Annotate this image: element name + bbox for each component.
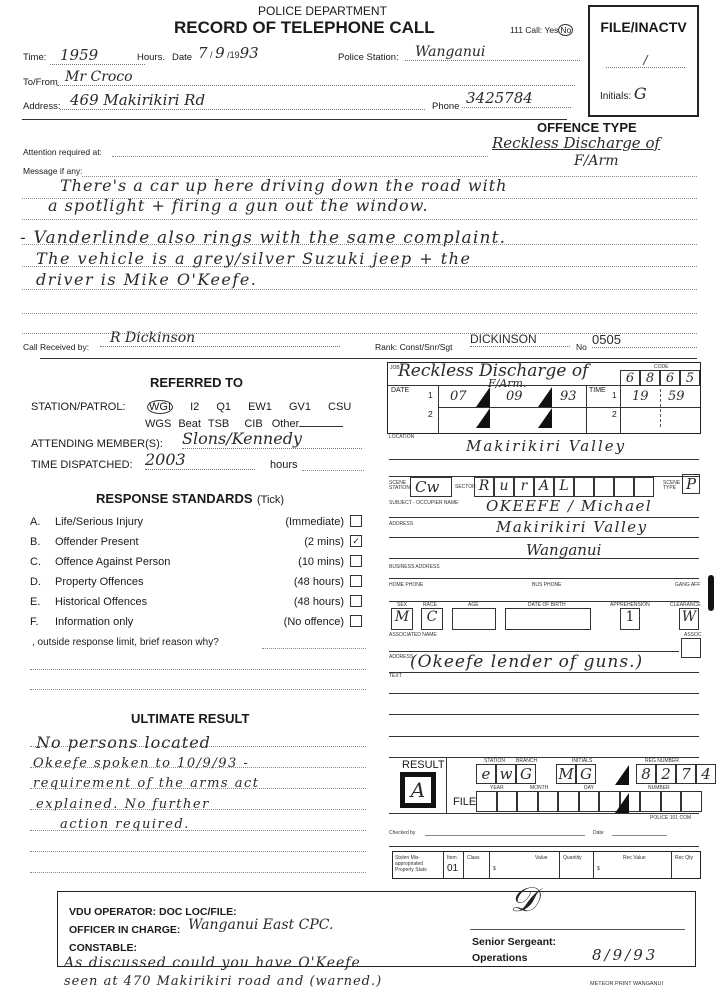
station-patrol-label: STATION/PATROL: <box>31 401 126 413</box>
divider <box>446 757 447 813</box>
checked-date-line <box>612 835 667 836</box>
sector-cell <box>614 477 634 497</box>
referred-to-heading: REFERRED TO <box>150 375 243 390</box>
property-label: Stolen Mis-appropriated Property Stats <box>395 855 439 873</box>
time-row-1-label: 1 <box>612 390 617 400</box>
signature-line <box>470 929 685 930</box>
response-label: Offence Against Person <box>55 556 170 568</box>
message-line-1: There's a car up here driving down the r… <box>60 176 507 195</box>
rank-name: DICKINSON <box>470 332 570 347</box>
result-code-box: A <box>400 772 436 808</box>
file-cell <box>681 791 702 812</box>
file-number: / <box>606 53 685 68</box>
divider <box>389 693 699 694</box>
response-item: B.Offender Present(2 mins)✓ <box>30 534 362 554</box>
initials-field: Initials: G <box>600 84 697 103</box>
date1-month: 09 <box>506 389 523 404</box>
result-code-cell: 8 <box>636 764 656 784</box>
divider <box>389 459 699 460</box>
associated-name-label: ASSOCIATED NAME <box>389 632 437 638</box>
result-code-cell: 7 <box>676 764 696 784</box>
outside-limit-text: , outside response limit, brief reason w… <box>32 637 219 648</box>
result-code-cell: e <box>476 764 496 784</box>
initials-label: Initials: <box>600 91 631 102</box>
dispatched-hours-label: hours <box>270 459 298 471</box>
date1-day: 07 <box>450 389 467 404</box>
sector-cell <box>594 477 614 497</box>
time-dispatched-label: TIME DISPATCHED: <box>31 459 133 471</box>
response-letter: E. <box>30 596 40 608</box>
message-line-3: - Vanderlinde also rings with the same c… <box>20 228 506 248</box>
message-line <box>22 289 697 290</box>
officer-in-charge-value: Wanganui East CPC. <box>188 917 333 933</box>
operations-label: Operations <box>472 952 527 964</box>
checked-by-line <box>425 835 585 836</box>
divider <box>389 578 699 579</box>
divider <box>559 852 560 878</box>
patrol-option-i2[interactable]: I2 <box>190 401 199 413</box>
file-cell <box>476 791 497 812</box>
divider <box>389 672 699 673</box>
patrol-option-ew1[interactable]: EW1 <box>248 401 272 413</box>
response-label: Information only <box>55 616 133 628</box>
address-value: 469 Makirikiri Rd <box>60 91 425 110</box>
file-inactive-box: FILE/INACTV / Initials: G <box>588 5 699 117</box>
result-line <box>30 872 366 873</box>
response-time: (48 hours) <box>294 596 344 608</box>
sector-cell: r <box>514 477 534 497</box>
response-standards-list: A.Life/Serious Injury(Immediate)B.Offend… <box>30 514 362 634</box>
offence-type-line1: Reckless Discharge of <box>492 134 660 152</box>
assoc-checkbox[interactable] <box>681 638 701 658</box>
code-digit-4: 5 <box>680 370 700 386</box>
sector-cell <box>574 477 594 497</box>
response-letter: A. <box>30 516 40 528</box>
response-item: E.Historical Offences(48 hours) <box>30 594 362 614</box>
property-value-prefix: $ <box>493 866 496 872</box>
response-label: Offender Present <box>55 536 139 548</box>
offence-type-line2: F/Arm <box>574 153 619 169</box>
outside-line <box>30 669 366 670</box>
clearance-value: W <box>679 608 699 630</box>
business-address-label: BUSINESS ADDRESS <box>389 564 440 570</box>
home-phone-label: HOME PHONE <box>389 582 423 588</box>
date-row-2-label: 2 <box>428 409 433 419</box>
result-code-cell: 4 <box>696 764 716 784</box>
file-cell <box>661 791 682 812</box>
time1-minutes: 59 <box>668 389 685 404</box>
to-from-label: To/From <box>23 77 58 88</box>
gang-aff-label: GANG AFF <box>675 582 700 588</box>
call-received-signature: R Dickinson <box>100 330 340 347</box>
call-111-label: 111 Call: Yes <box>510 25 558 35</box>
response-time: (2 mins) <box>304 536 344 548</box>
file-cell <box>558 791 579 812</box>
attention-label: Attention required at: <box>23 147 102 157</box>
response-time: (48 hours) <box>294 576 344 588</box>
form-title: RECORD OF TELEPHONE CALL <box>174 18 435 38</box>
sector-label: SECTOR <box>455 484 476 490</box>
date-separator-mark <box>538 408 552 428</box>
response-letter: B. <box>30 536 40 548</box>
file-cell <box>640 791 661 812</box>
file-inactive-title: FILE/INACTV <box>590 19 697 35</box>
response-label: Historical Offences <box>55 596 147 608</box>
sector-cell: R <box>474 477 494 497</box>
date-separator-mark <box>476 408 490 428</box>
time-label: Time: <box>23 52 46 63</box>
divider <box>22 119 567 120</box>
date-label: Date <box>172 52 192 63</box>
property-item-value: 01 <box>447 863 458 874</box>
date-vertical-label: DATE <box>391 387 399 395</box>
phone-value: 3425784 <box>462 89 571 108</box>
response-checkbox[interactable] <box>350 615 362 627</box>
response-standards-tick: (Tick) <box>257 494 284 506</box>
response-standards-title: RESPONSE STANDARDS <box>96 491 253 506</box>
date-month: 9 <box>215 44 225 62</box>
hours-label: Hours. <box>137 52 165 63</box>
message-line-4: The vehicle is a grey/silver Suzuki jeep… <box>36 249 471 268</box>
officer-in-charge-label: OFFICER IN CHARGE: <box>69 924 180 936</box>
code-digit-2: 8 <box>640 370 660 386</box>
property-table: Stolen Mis-appropriated Property Stats I… <box>392 851 701 879</box>
result-code-cell: 2 <box>656 764 676 784</box>
result-code-cell: G <box>516 764 536 784</box>
sector-cell: u <box>494 477 514 497</box>
divider <box>593 852 594 878</box>
date-separator-mark <box>476 387 490 407</box>
property-rec-value-label: Rec Value <box>623 855 646 861</box>
message-line-2: a spotlight + firing a gun out the windo… <box>48 196 429 215</box>
response-letter: D. <box>30 576 41 588</box>
subject-address-line2: Wanganui <box>526 541 601 559</box>
file-cell <box>497 791 518 812</box>
sex-value: M <box>391 608 413 630</box>
message-label: Message if any: <box>23 166 83 176</box>
subject-label: SUBJECT - OCCUPIER NAME <box>389 500 458 506</box>
response-label: Property Offences <box>55 576 143 588</box>
senior-sergeant-label: Senior Sergeant: <box>472 936 556 948</box>
property-quantity-label: Quantity <box>563 855 582 861</box>
operations-date: 8/9/93 <box>592 946 658 964</box>
response-item: F.Information only(No offence) <box>30 614 362 634</box>
divider <box>620 385 621 433</box>
job-code-panel: JOB Reckless Discharge of F/Arm. CODE 6 … <box>387 362 701 434</box>
ultimate-result-line-2: Okeefe spoken to 10/9/93 - <box>33 756 249 771</box>
response-item: D.Property Offences(48 hours) <box>30 574 362 594</box>
divider <box>489 852 490 878</box>
result-code-cell: M <box>556 764 576 784</box>
message-line <box>22 219 697 220</box>
section-divider <box>40 358 697 359</box>
ultimate-result-line-1: No persons located <box>36 733 211 752</box>
response-checkbox[interactable] <box>350 555 362 567</box>
subject-value: OKEEFE / Michael <box>486 497 652 515</box>
station-patrol-row1: WGI I2 Q1 EW1 GV1 CSU <box>147 401 351 413</box>
text-label: TEXT <box>389 673 402 679</box>
location-label: LOCATION <box>389 434 414 440</box>
checked-date-label: Date <box>593 830 604 836</box>
date-row-1-label: 1 <box>428 390 433 400</box>
phone-label: Phone <box>432 101 459 112</box>
time1-hours: 19 <box>632 389 649 404</box>
checked-by-label: Checked by <box>389 830 415 836</box>
scene-type-label: SCENE TYPE <box>663 481 679 491</box>
result-code-cell: G <box>576 764 596 784</box>
race-value: C <box>421 608 443 630</box>
divider <box>389 537 699 538</box>
outside-limit-label: , outside response limit, brief reason w… <box>32 637 219 648</box>
initials-value: G <box>634 84 647 103</box>
response-time: (10 mins) <box>298 556 344 568</box>
ultimate-result-heading: ULTIMATE RESULT <box>131 711 249 726</box>
divider <box>463 852 464 878</box>
response-letter: C. <box>30 556 41 568</box>
divider <box>389 813 699 814</box>
response-checkbox[interactable]: ✓ <box>350 535 362 547</box>
response-checkbox[interactable] <box>350 595 362 607</box>
time-row-2-label: 2 <box>612 409 617 419</box>
date-day: 7 <box>198 44 208 62</box>
property-rec-prefix: $ <box>597 866 600 872</box>
number-label: No <box>576 342 587 352</box>
scene-station-value: Cw <box>410 477 452 497</box>
offence-type-heading: OFFENCE TYPE <box>537 120 637 135</box>
separator-mark <box>615 793 629 813</box>
location-value: Makirikiri Valley <box>466 437 626 455</box>
message-line-5: driver is Mike O'Keefe. <box>36 270 257 289</box>
sector-cell: A <box>534 477 554 497</box>
patrol-option-csu[interactable]: CSU <box>328 401 351 413</box>
patrol-option-gv1[interactable]: GV1 <box>289 401 311 413</box>
ultimate-result-line-5: action required. <box>60 817 190 832</box>
scene-type-value: P <box>682 474 700 494</box>
code-digit-3: 6 <box>660 370 680 386</box>
result-label: RESULT <box>402 759 445 771</box>
time-dispatched-value: 2003 <box>145 450 255 470</box>
time-vertical-label: TIME <box>589 387 597 395</box>
age-value <box>452 608 496 630</box>
response-label: Life/Serious Injury <box>55 516 143 528</box>
footer-note-line1: As discussed could you have O'Keefe <box>64 955 361 971</box>
hours-line <box>302 470 364 471</box>
divider <box>660 389 661 427</box>
property-item-label: Item <box>447 855 457 861</box>
message-line <box>22 313 697 314</box>
date1-year: 93 <box>560 389 577 404</box>
response-time: (No offence) <box>284 616 344 628</box>
file-cell <box>517 791 538 812</box>
call-111-field: 111 Call: YesNo <box>510 25 573 35</box>
date-value: 7 / 9 /1993 <box>198 44 259 62</box>
divider <box>389 846 699 847</box>
ultimate-result-line-4: explained. No further <box>36 797 210 812</box>
call-received-label: Call Received by: <box>23 342 89 352</box>
result-code-cell: w <box>496 764 516 784</box>
police-station-value: Wanganui <box>405 44 580 61</box>
patrol-option-q1[interactable]: Q1 <box>216 401 231 413</box>
result-line <box>30 851 366 852</box>
date-separator-mark <box>538 387 552 407</box>
text-value: (Okeefe lender of guns.) <box>410 652 643 672</box>
patrol-option-wgi[interactable]: WGI <box>147 400 173 414</box>
police-station-label: Police Station: <box>338 52 399 63</box>
to-from-value: Mr Croco <box>57 69 575 86</box>
sector-cell <box>634 477 654 497</box>
bus-phone-label: BUS PHONE <box>532 582 561 588</box>
response-item: C.Offence Against Person(10 mins) <box>30 554 362 574</box>
outside-line <box>30 689 366 690</box>
response-letter: F. <box>30 616 39 628</box>
address-label: Address: <box>23 101 61 112</box>
attending-members-value: Slons/Kennedy <box>182 429 362 449</box>
outside-line <box>262 648 366 649</box>
date-year: 93 <box>240 44 259 62</box>
response-checkbox[interactable] <box>350 515 362 527</box>
dob-value <box>505 608 591 630</box>
subject-address-line1: Makirikiri Valley <box>496 518 648 536</box>
sector-cell: L <box>554 477 574 497</box>
attention-line <box>112 156 488 157</box>
divider <box>389 736 699 737</box>
call-111-no-option[interactable]: No <box>558 24 573 36</box>
file-cell <box>538 791 559 812</box>
property-rec-qty-label: Rec Qty <box>675 855 693 861</box>
address-code-label: ADDRESS <box>389 521 413 527</box>
separator-mark <box>615 765 629 785</box>
number-value: 0505 <box>592 332 697 348</box>
divider <box>389 714 699 715</box>
divider <box>438 385 439 433</box>
result-code-value: A <box>411 778 425 802</box>
date-century: 19 <box>230 50 240 60</box>
printer-credit: METEOR PRINT WANGANUI <box>590 981 663 987</box>
senior-sergeant-signature: 𝒟 <box>510 880 537 920</box>
file-label: FILE <box>453 796 476 808</box>
department-heading: POLICE DEPARTMENT <box>258 4 387 18</box>
response-checkbox[interactable] <box>350 575 362 587</box>
divider <box>389 558 699 559</box>
attending-members-label: ATTENDING MEMBER(S): <box>31 438 163 450</box>
constable-label: CONSTABLE: <box>69 942 137 954</box>
divider <box>443 852 444 878</box>
response-time: (Immediate) <box>285 516 344 528</box>
form-code: POLICE 101 COM <box>650 815 691 821</box>
patrol-option-wgs[interactable]: WGS <box>145 418 171 430</box>
response-standards-heading: RESPONSE STANDARDS (Tick) <box>96 490 284 508</box>
apprehension-value: 1 <box>620 608 640 630</box>
property-value-label: Value <box>535 855 547 861</box>
scene-station-label: SCENE STATION <box>389 481 409 491</box>
code-digit-1: 6 <box>620 370 640 386</box>
file-cell <box>579 791 600 812</box>
footer-note-line2: seen at 470 Makirikiri road and (warned.… <box>64 974 382 989</box>
divider <box>586 385 587 433</box>
divider <box>671 852 672 878</box>
response-item: A.Life/Serious Injury(Immediate) <box>30 514 362 534</box>
binder-mark <box>708 575 714 611</box>
time-value: 1959 <box>50 46 145 65</box>
ultimate-result-line-3: requirement of the arms act <box>33 776 259 791</box>
property-class-label: Class <box>467 855 480 861</box>
rank-label: Rank: Const/Snr/Sgt <box>375 342 452 352</box>
